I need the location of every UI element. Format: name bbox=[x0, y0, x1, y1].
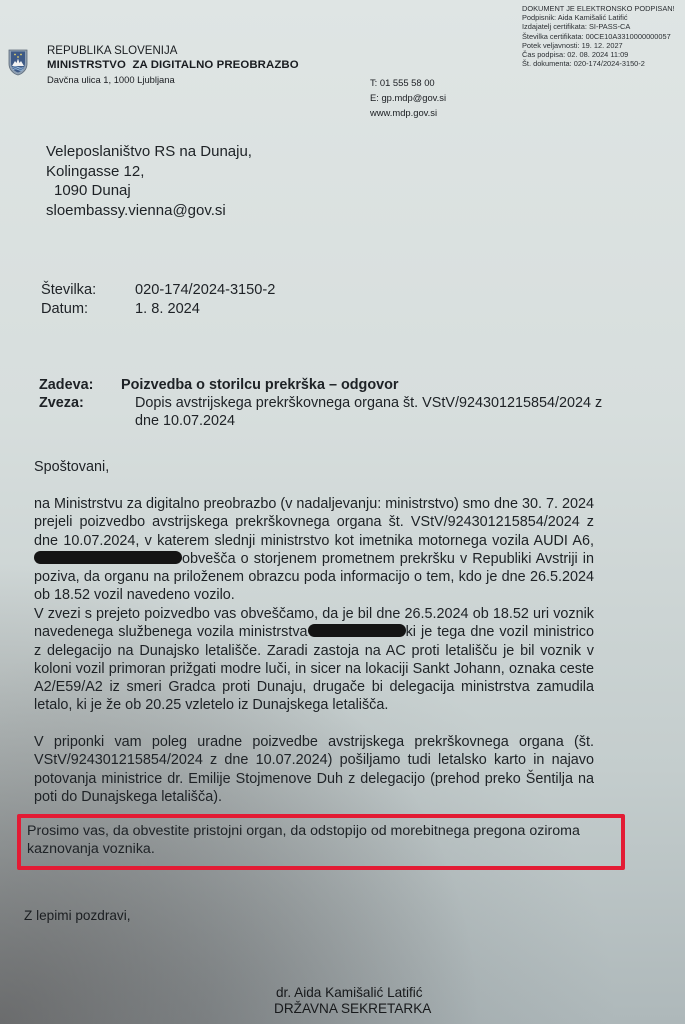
paragraph-1-part-1: na Ministrstvu za digitalno preobrazbo (… bbox=[34, 496, 594, 549]
closing-salutation: Z lepimi pozdravi, bbox=[24, 908, 131, 923]
reference-value: Dopis avstrijskega prekrškovnega organa … bbox=[135, 394, 605, 430]
number-value: 020-174/2024-3150-2 bbox=[135, 281, 275, 300]
coat-of-arms-slovenia-icon bbox=[8, 49, 28, 76]
republic-name: REPUBLIKA SLOVENIJA bbox=[47, 44, 299, 58]
recipient-line: 1090 Dunaj bbox=[46, 181, 252, 201]
email: E: gp.mdp@gov.si bbox=[370, 90, 446, 105]
stamp-line: Potek veljavnosti: 19. 12. 2027 bbox=[522, 41, 675, 50]
letterhead: REPUBLIKA SLOVENIJA MINISTRSTVO ZA DIGIT… bbox=[47, 44, 299, 87]
paragraph-2: V zvezi s prejeto poizvedbo vas obveščam… bbox=[34, 605, 594, 715]
stamp-line: Izdajatelj certifikata: SI-PASS-CA bbox=[522, 22, 675, 31]
contact-block: T: 01 555 58 00 E: gp.mdp@gov.si www.mdp… bbox=[370, 75, 446, 120]
ministry-name: MINISTRSTVO ZA DIGITALNO PREOBRAZBO bbox=[47, 58, 299, 72]
signature-block: dr. Aida Kamišalić Latifić DRŽAVNA SEKRE… bbox=[276, 985, 431, 1017]
date-label: Datum: bbox=[41, 300, 135, 319]
signer-name: dr. Aida Kamišalić Latifić bbox=[276, 985, 431, 1001]
reference-label: Zveza: bbox=[39, 394, 85, 430]
date-value: 1. 8. 2024 bbox=[135, 300, 200, 319]
number-label: Številka: bbox=[41, 281, 135, 300]
stamp-line: Podpisnik: Aida Kamišalić Latifić bbox=[522, 13, 675, 22]
highlighted-request: Prosimo vas, da obvestite pristojni orga… bbox=[27, 822, 612, 859]
recipient-address: Veleposlaništvo RS na Dunaju, Kolingasse… bbox=[46, 142, 252, 220]
recipient-line: Kolingasse 12, bbox=[46, 162, 252, 182]
phone: T: 01 555 58 00 bbox=[370, 75, 446, 90]
ministry-address: Davčna ulica 1, 1000 Ljubljana bbox=[47, 73, 299, 87]
website: www.mdp.gov.si bbox=[370, 105, 446, 120]
stamp-line: Št. dokumenta: 020-174/2024-3150-2 bbox=[522, 59, 675, 68]
stamp-line: Številka certifikata: 00CE10A33100000000… bbox=[522, 32, 675, 41]
stamp-line: Čas podpisa: 02. 08. 2024 11:09 bbox=[522, 50, 675, 59]
recipient-email: sloembassy.vienna@gov.si bbox=[46, 201, 252, 221]
greeting: Spoštovani, bbox=[34, 458, 594, 476]
signer-title: DRŽAVNA SEKRETARKA bbox=[274, 1001, 431, 1017]
subject-block: Zadeva: Poizvedba o storilcu prekrška – … bbox=[39, 376, 605, 430]
stamp-line: DOKUMENT JE ELEKTRONSKO PODPISAN! bbox=[522, 4, 675, 13]
recipient-line: Veleposlaništvo RS na Dunaju, bbox=[46, 142, 252, 162]
document-meta: Številka: 020-174/2024-3150-2 Datum: 1. … bbox=[41, 281, 275, 318]
redaction bbox=[308, 624, 406, 637]
electronic-signature-stamp: DOKUMENT JE ELEKTRONSKO PODPISAN! Podpis… bbox=[522, 4, 675, 68]
redaction bbox=[34, 551, 182, 564]
letter-page: DOKUMENT JE ELEKTRONSKO PODPISAN! Podpis… bbox=[0, 0, 685, 1024]
paragraph-1: na Ministrstvu za digitalno preobrazbo (… bbox=[34, 495, 594, 605]
paragraph-3: V priponki vam poleg uradne poizvedbe av… bbox=[34, 733, 594, 806]
subject-value: Poizvedba o storilcu prekrška – odgovor bbox=[121, 376, 399, 394]
subject-label: Zadeva: bbox=[39, 376, 85, 394]
